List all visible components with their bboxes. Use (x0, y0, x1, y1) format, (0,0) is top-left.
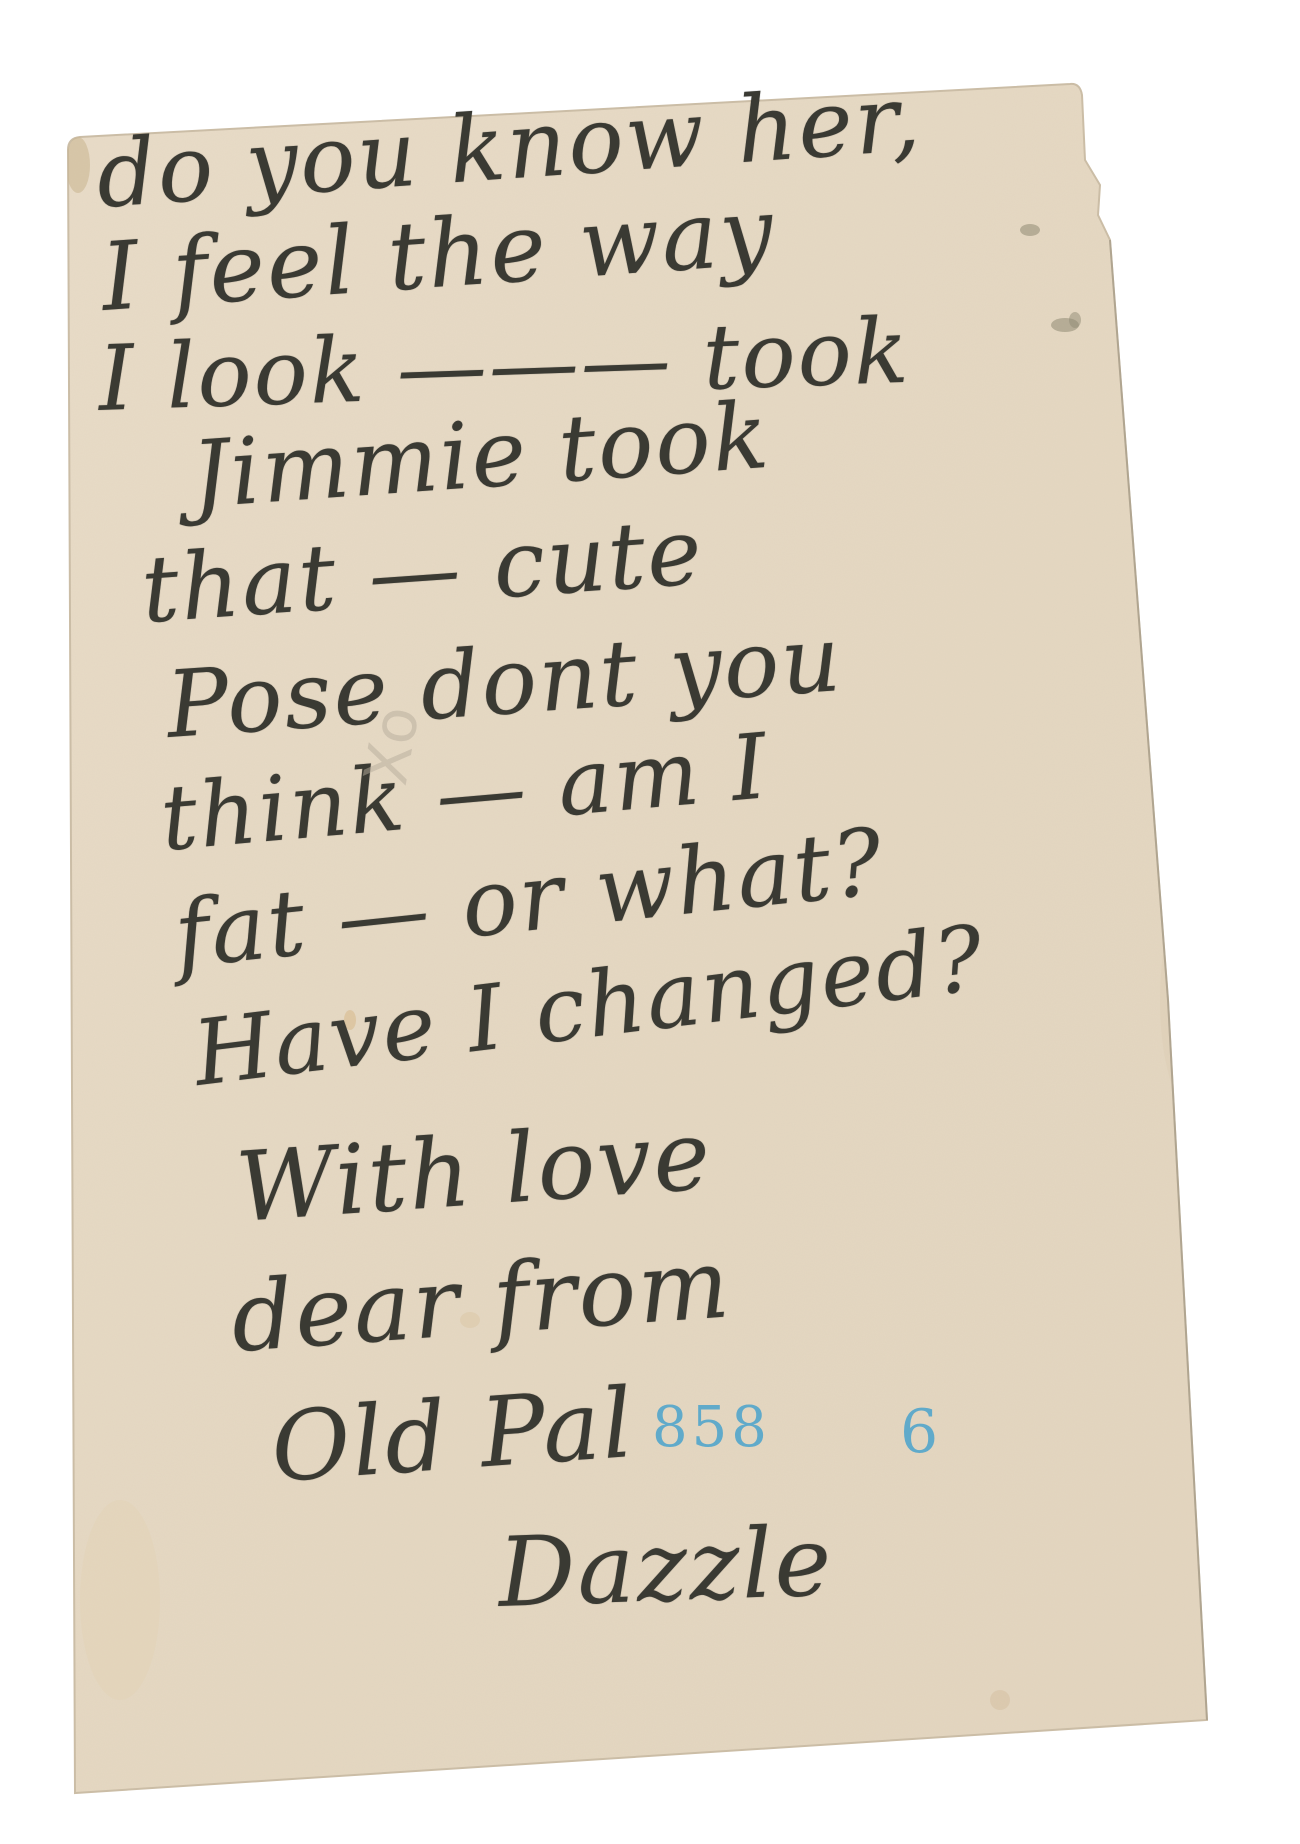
scanned-card-page: do you know her, I feel the way I look —… (0, 0, 1300, 1844)
card-paper (0, 0, 1300, 1844)
